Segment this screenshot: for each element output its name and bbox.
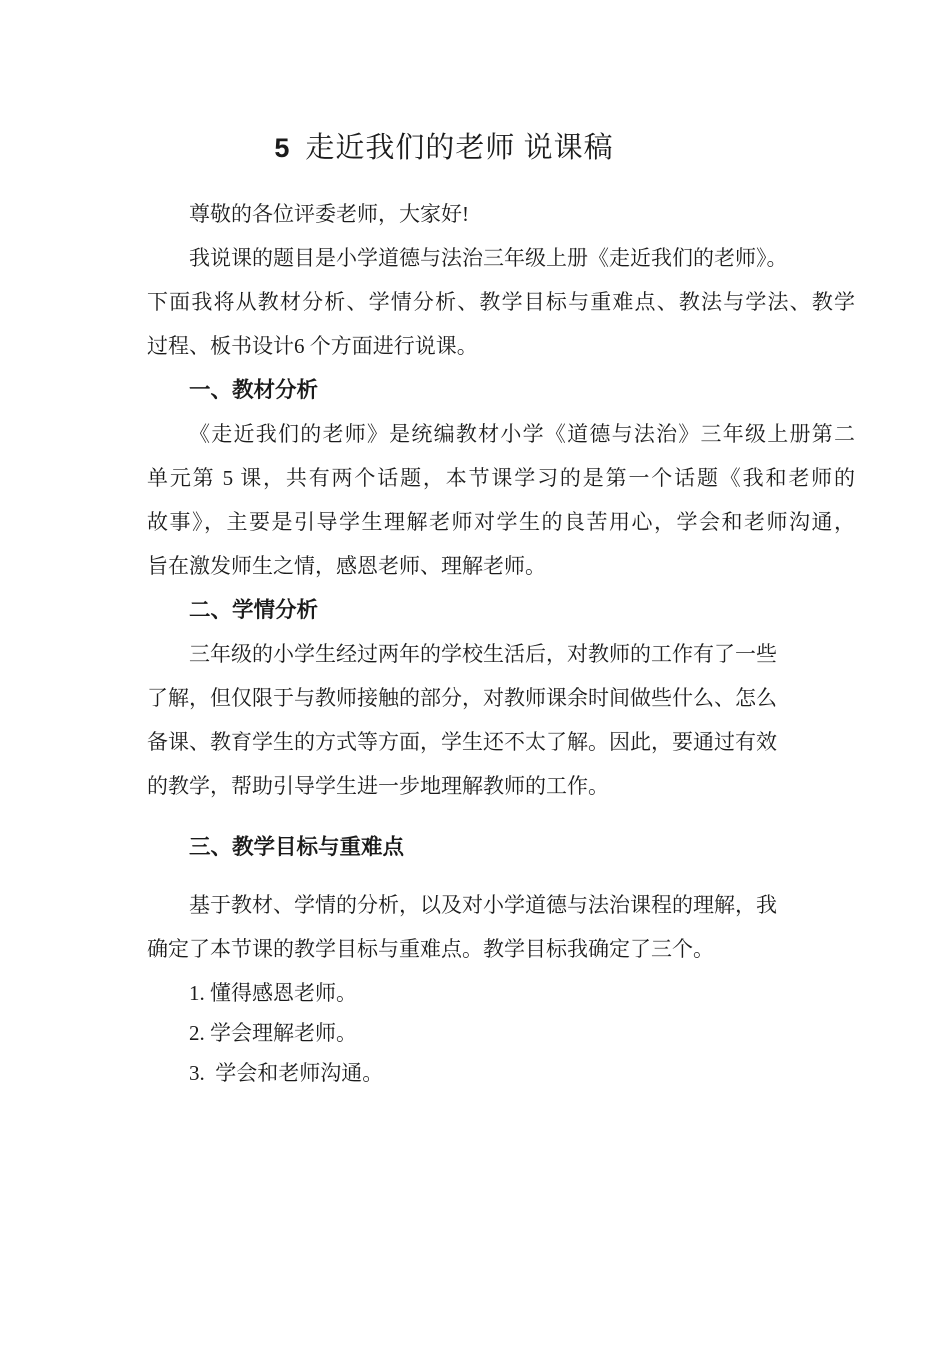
section-body-line: 了解，但仅限于与教师接触的部分，对教师课余时间做些什么、怎么 — [147, 676, 855, 720]
section-body-line: 三年级的小学生经过两年的学校生活后，对教师的工作有了一些 — [147, 632, 855, 676]
greeting-line: 尊敬的各位评委老师，大家好! — [147, 192, 855, 236]
section-body-line: 基于教材、学情的分析，以及对小学道德与法治课程的理解，我 — [147, 883, 855, 927]
section-heading-student-analysis: 二、学情分析 — [147, 588, 855, 632]
goal-item: 2. 学会理解老师。 — [147, 1013, 855, 1053]
goal-item: 3. 学会和老师沟通。 — [147, 1053, 855, 1093]
section-body-line: 旨在激发师生之情，感恩老师、理解老师。 — [147, 544, 855, 588]
section-body-line: 备课、教育学生的方式等方面，学生还不太了解。因此，要通过有效 — [147, 720, 855, 764]
document-title: 5走近我们的老师 说课稿 — [147, 126, 855, 175]
intro-line: 下面我将从教材分析、学情分析、教学目标与重难点、教法与学法、教学 — [147, 280, 855, 324]
title-text: 走近我们的老师 说课稿 — [305, 132, 613, 164]
section-body-line: 《走近我们的老师》是统编教材小学《道德与法治》三年级上册第二 — [147, 412, 855, 456]
section-heading-material-analysis: 一、教材分析 — [147, 368, 855, 412]
section-body-line: 故事》，主要是引导学生理解老师对学生的良苦用心，学会和老师沟通， — [147, 500, 855, 544]
section-body-line: 确定了本节课的教学目标与重难点。教学目标我确定了三个。 — [147, 927, 855, 971]
intro-line: 过程、板书设计6 个方面进行说课。 — [147, 324, 855, 368]
section-body-line: 的教学，帮助引导学生进一步地理解教师的工作。 — [147, 764, 855, 808]
intro-line: 我说课的题目是小学道德与法治三年级上册《走近我们的老师》。 — [147, 236, 855, 280]
goal-item: 1. 懂得感恩老师。 — [147, 973, 855, 1013]
section-body-line: 单元第 5 课，共有两个话题，本节课学习的是第一个话题《我和老师的 — [147, 456, 855, 500]
section-heading-teaching-goals: 三、教学目标与重难点 — [147, 825, 855, 869]
title-lesson-number: 5 — [274, 133, 289, 163]
document-page: 5走近我们的老师 说课稿 尊敬的各位评委老师，大家好! 我说课的题目是小学道德与… — [0, 0, 950, 1345]
